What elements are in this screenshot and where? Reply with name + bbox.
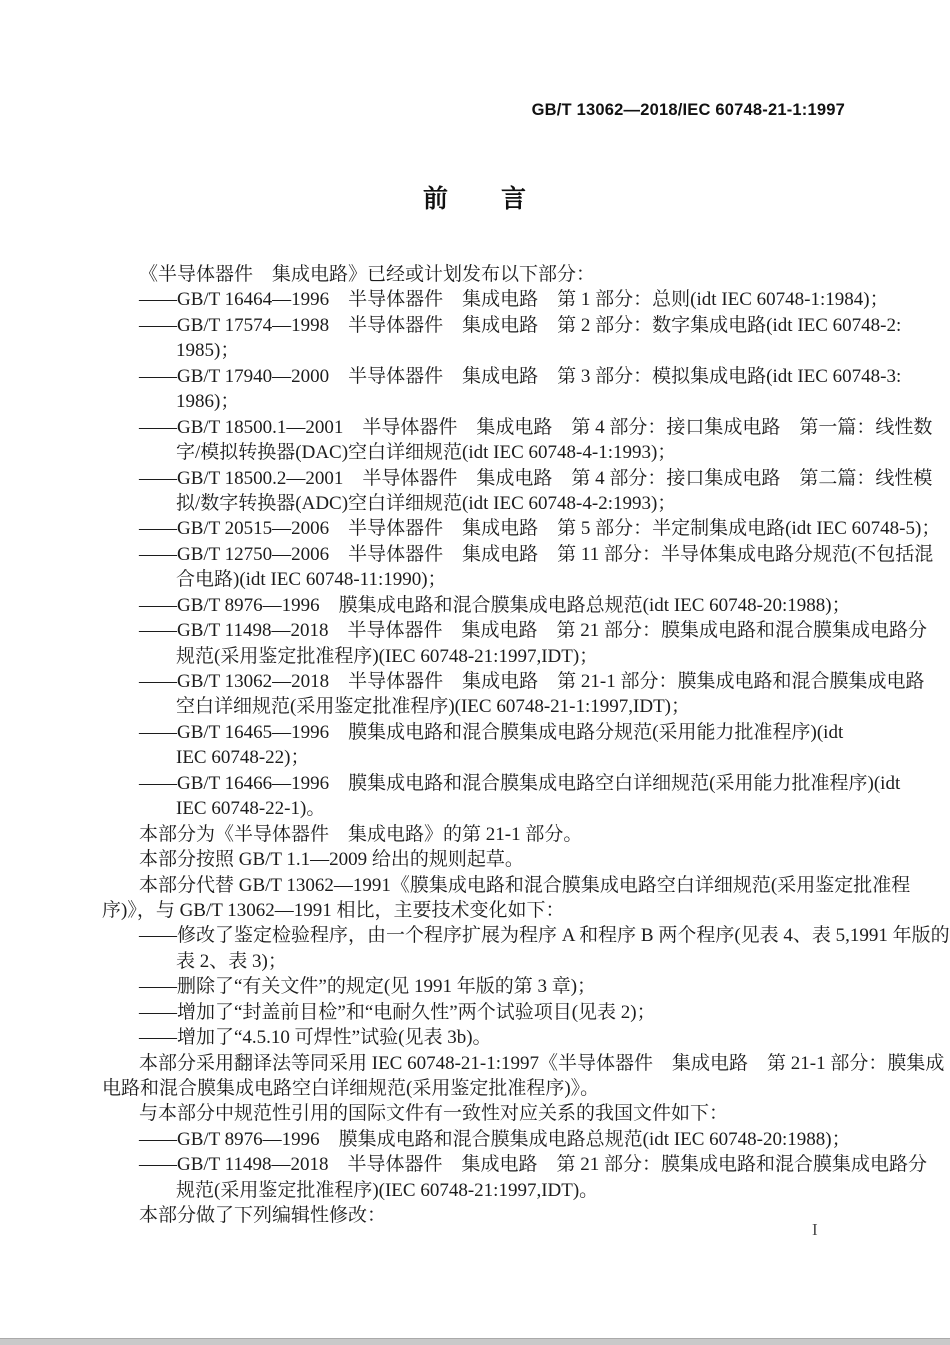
text-line: 与本部分中规范性引用的国际文件有一致性对应关系的我国文件如下： — [102, 1101, 892, 1126]
text-line: 字/模拟转换器(DAC)空白详细规范(idt IEC 60748-4-1:199… — [102, 440, 892, 465]
text-line: ——GB/T 13062—2018 半导体器件 集成电路 第 21-1 部分：膜… — [102, 669, 892, 694]
text-line: ——GB/T 8976—1996 膜集成电路和混合膜集成电路总规范(idt IE… — [102, 1127, 892, 1152]
text-line: ——GB/T 12750—2006 半导体器件 集成电路 第 11 部分：半导体… — [102, 542, 892, 567]
text-line: IEC 60748-22-1)。 — [102, 796, 892, 821]
text-line: ——修改了鉴定检验程序，由一个程序扩展为程序 A 和程序 B 两个程序(见表 4… — [102, 923, 892, 948]
text-line: ——GB/T 16465—1996 膜集成电路和混合膜集成电路分规范(采用能力批… — [102, 720, 892, 745]
text-line: ——GB/T 18500.1—2001 半导体器件 集成电路 第 4 部分：接口… — [102, 415, 892, 440]
text-line: ——GB/T 16466—1996 膜集成电路和混合膜集成电路空白详细规范(采用… — [102, 771, 892, 796]
text-line: 本部分采用翻译法等同采用 IEC 60748-21-1:1997《半导体器件 集… — [102, 1051, 892, 1076]
text-line: 合电路)(idt IEC 60748-11:1990)； — [102, 567, 892, 592]
text-line: ——GB/T 20515—2006 半导体器件 集成电路 第 5 部分：半定制集… — [102, 516, 892, 541]
text-line: 本部分按照 GB/T 1.1—2009 给出的规则起草。 — [102, 847, 892, 872]
text-line: 序)》，与 GB/T 13062—1991 相比，主要技术变化如下： — [102, 898, 892, 923]
document-page: GB/T 13062—2018/IEC 60748-21-1:1997 前 言 … — [0, 0, 950, 1345]
text-line: ——增加了“封盖前目检”和“电耐久性”两个试验项目(见表 2)； — [102, 1000, 892, 1025]
text-line: 空白详细规范(采用鉴定批准程序)(IEC 60748-21-1:1997,IDT… — [102, 694, 892, 719]
text-line: 本部分代替 GB/T 13062—1991《膜集成电路和混合膜集成电路空白详细规… — [102, 873, 892, 898]
text-line: 1986)； — [102, 389, 892, 414]
standard-code-header: GB/T 13062—2018/IEC 60748-21-1:1997 — [532, 101, 845, 120]
text-line: ——GB/T 18500.2—2001 半导体器件 集成电路 第 4 部分：接口… — [102, 466, 892, 491]
foreword-body-text: 《半导体器件 集成电路》已经或计划发布以下部分：——GB/T 16464—199… — [102, 262, 892, 1229]
text-line: ——GB/T 17940—2000 半导体器件 集成电路 第 3 部分：模拟集成… — [102, 364, 892, 389]
text-line: 规范(采用鉴定批准程序)(IEC 60748-21:1997,IDT)。 — [102, 1178, 892, 1203]
text-line: 规范(采用鉴定批准程序)(IEC 60748-21:1997,IDT)； — [102, 644, 892, 669]
text-line: 本部分做了下列编辑性修改： — [102, 1203, 892, 1228]
text-line: 表 2、表 3)； — [102, 949, 892, 974]
text-line: 本部分为《半导体器件 集成电路》的第 21-1 部分。 — [102, 822, 892, 847]
text-line: ——GB/T 16464—1996 半导体器件 集成电路 第 1 部分：总则(i… — [102, 287, 892, 312]
page-number: I — [812, 1220, 818, 1240]
text-line: IEC 60748-22)； — [102, 745, 892, 770]
text-line: ——GB/T 11498—2018 半导体器件 集成电路 第 21 部分：膜集成… — [102, 1152, 892, 1177]
text-line: 《半导体器件 集成电路》已经或计划发布以下部分： — [102, 262, 892, 287]
scan-edge-strip — [0, 1338, 950, 1345]
text-line: 拟/数字转换器(ADC)空白详细规范(idt IEC 60748-4-2:199… — [102, 491, 892, 516]
text-line: ——GB/T 8976—1996 膜集成电路和混合膜集成电路总规范(idt IE… — [102, 593, 892, 618]
text-line: ——增加了“4.5.10 可焊性”试验(见表 3b)。 — [102, 1025, 892, 1050]
text-line: ——删除了“有关文件”的规定(见 1991 年版的第 3 章)； — [102, 974, 892, 999]
text-line: ——GB/T 11498—2018 半导体器件 集成电路 第 21 部分：膜集成… — [102, 618, 892, 643]
text-line: 电路和混合膜集成电路空白详细规范(采用鉴定批准程序)》。 — [102, 1076, 892, 1101]
page-title: 前 言 — [0, 179, 950, 215]
text-line: ——GB/T 17574—1998 半导体器件 集成电路 第 2 部分：数字集成… — [102, 313, 892, 338]
text-line: 1985)； — [102, 338, 892, 363]
